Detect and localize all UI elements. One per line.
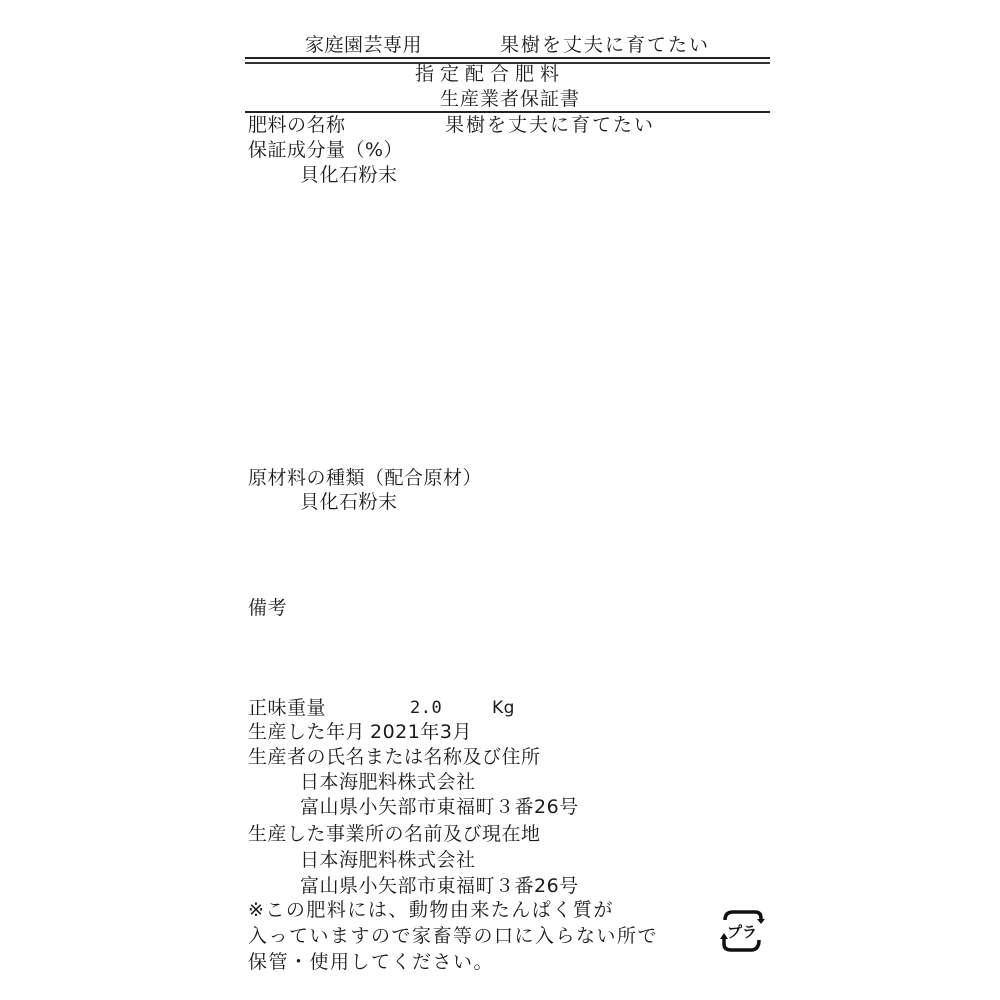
materials-label: 原材料の種類（配合原材）	[248, 467, 482, 489]
document-title: 指定配合肥料	[415, 63, 565, 85]
facility-label: 生産した事業所の名前及び現在地	[248, 823, 541, 845]
notice-line-1: ※この肥料には、動物由来たんぱく質が	[248, 899, 614, 921]
notice-line-3: 保管・使用してください。	[248, 951, 494, 973]
net-weight-value: 2.0	[410, 697, 442, 719]
production-date-value: 2021年3月	[370, 721, 472, 743]
pla-recycle-icon: プラ	[717, 908, 767, 954]
materials-item: 貝化石粉末	[300, 491, 398, 513]
document-subtitle: 生産業者保証書	[440, 88, 580, 110]
header-product-name: 果樹を丈夫に育てたい	[500, 34, 710, 56]
remarks-label: 備考	[248, 597, 287, 619]
title-rule	[245, 111, 770, 113]
producer-address: 富山県小矢部市東福町３番26号	[300, 796, 579, 818]
facility-name: 日本海肥料株式会社	[300, 849, 476, 871]
facility-address: 富山県小矢部市東福町３番26号	[300, 875, 579, 897]
guaranteed-label: 保証成分量（%）	[248, 139, 403, 161]
net-weight-label: 正味重量	[248, 697, 326, 719]
header-category: 家庭園芸専用	[305, 34, 422, 56]
guaranteed-item: 貝化石粉末	[300, 164, 398, 186]
name-label: 肥料の名称	[248, 114, 346, 136]
producer-label: 生産者の氏名または名称及び住所	[248, 746, 541, 768]
producer-name: 日本海肥料株式会社	[300, 771, 476, 793]
notice-line-2: 入っていますので家畜等の口に入らない所で	[248, 925, 658, 947]
name-value: 果樹を丈夫に育てたい	[445, 114, 655, 136]
production-date-label: 生産した年月	[248, 721, 365, 743]
double-rule-top	[245, 57, 770, 59]
svg-text:プラ: プラ	[727, 923, 757, 941]
net-weight-unit: Kg	[492, 697, 515, 719]
